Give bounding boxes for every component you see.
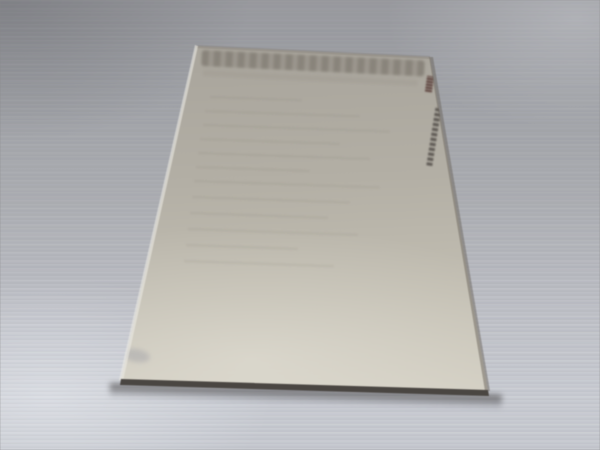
- ghost-text-line: [196, 166, 310, 172]
- ghost-text-line: [186, 244, 298, 250]
- ghost-text-line: [210, 96, 302, 101]
- photo-of-booklet-back-cover: [0, 0, 600, 450]
- ghost-text-line: [205, 110, 360, 117]
- ghost-text-line: [188, 228, 358, 236]
- ghost-text-line: [190, 212, 328, 219]
- ghost-text-line: [192, 196, 350, 204]
- ghost-text-line: [203, 124, 390, 133]
- ghost-text-line: [184, 260, 334, 267]
- ghost-text-line: [200, 138, 340, 145]
- ghost-text-line: [198, 152, 370, 160]
- ghost-text-line: [194, 180, 380, 188]
